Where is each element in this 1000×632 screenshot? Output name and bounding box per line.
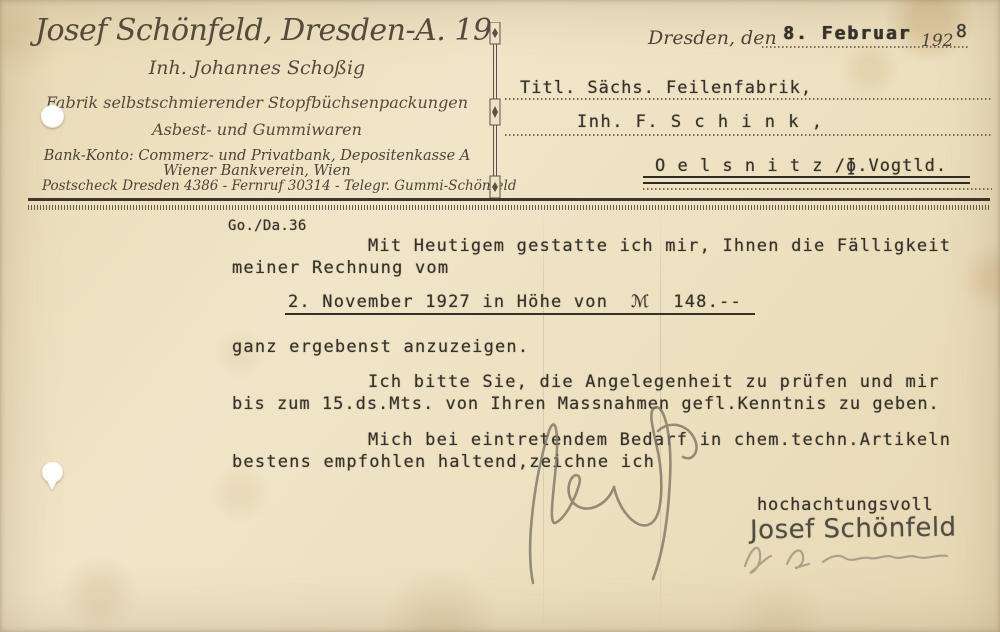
body-paragraph2: ganz ergebenst anzuzeigen. bbox=[232, 337, 529, 357]
body-paragraph1-line2: meiner Rechnung vom bbox=[232, 258, 449, 278]
header-divider-hatch-rule bbox=[28, 205, 990, 210]
letterhead-owner: Inh. Johannes Schoßig bbox=[42, 57, 472, 79]
letterhead-business-line1: Fabrik selbstschmierender Stopfbüchsenpa… bbox=[42, 93, 472, 112]
body-paragraph1-line1: Mit Heutigem gestatte ich mir, Ihnen die… bbox=[368, 236, 951, 256]
pencil-signature bbox=[735, 532, 955, 580]
letter-document: Josef Schönfeld, Dresden-A. 19 Inh. Joha… bbox=[0, 0, 1000, 632]
recipient-dotted-rule-3 bbox=[643, 188, 992, 190]
recipient-dotted-rule-2 bbox=[505, 134, 992, 136]
closing-salutation: hochachtungsvoll bbox=[757, 495, 934, 515]
printed-year-prefix: 192 bbox=[921, 31, 953, 51]
punch-hole-tail bbox=[47, 481, 57, 490]
invoice-amount-line: 2. November 1927 in Höhe von ℳ 148.-- bbox=[288, 292, 742, 312]
letterhead-business-line2: Asbest- und Gummiwaren bbox=[42, 120, 472, 139]
body-paragraph3-line1: Ich bitte Sie, die Angelegenheit zu prüf… bbox=[368, 372, 940, 392]
punch-hole-bottom bbox=[42, 462, 63, 483]
recipient-dotted-rule-1 bbox=[505, 98, 992, 100]
punch-hole-top bbox=[41, 105, 64, 128]
recipient-city-underline bbox=[643, 176, 970, 184]
ornament-divider-icon bbox=[487, 22, 503, 198]
typed-year-digit: 8 bbox=[956, 21, 967, 42]
invoice-amount-underline bbox=[285, 313, 755, 315]
header-divider-thick-rule bbox=[28, 198, 990, 201]
reference-number: Go./Da.36 bbox=[228, 218, 307, 234]
dateline-place-label: Dresden, den bbox=[648, 27, 777, 49]
letterhead-bank-line1: Bank-Konto: Commerz- und Privatbank, Dep… bbox=[42, 148, 472, 164]
letterhead-company-name: Josef Schönfeld, Dresden-A. 19 bbox=[35, 13, 475, 48]
letterhead-bank-line2: Wiener Bankverein, Wien bbox=[42, 163, 472, 179]
typed-date: 8. Februar bbox=[783, 23, 911, 44]
recipient-line1: Titl. Sächs. Feilenfabrik, bbox=[520, 78, 812, 98]
recipient-line2: Inh. F. S c h i n k , bbox=[577, 112, 823, 132]
recipient-line3: O e l s n i t z /ɸ.Vogtld. bbox=[655, 156, 947, 176]
letterhead-contact-line: Postscheck Dresden 4386 - Fernruf 30314 … bbox=[42, 178, 472, 194]
pencil-scrawl bbox=[495, 395, 715, 595]
